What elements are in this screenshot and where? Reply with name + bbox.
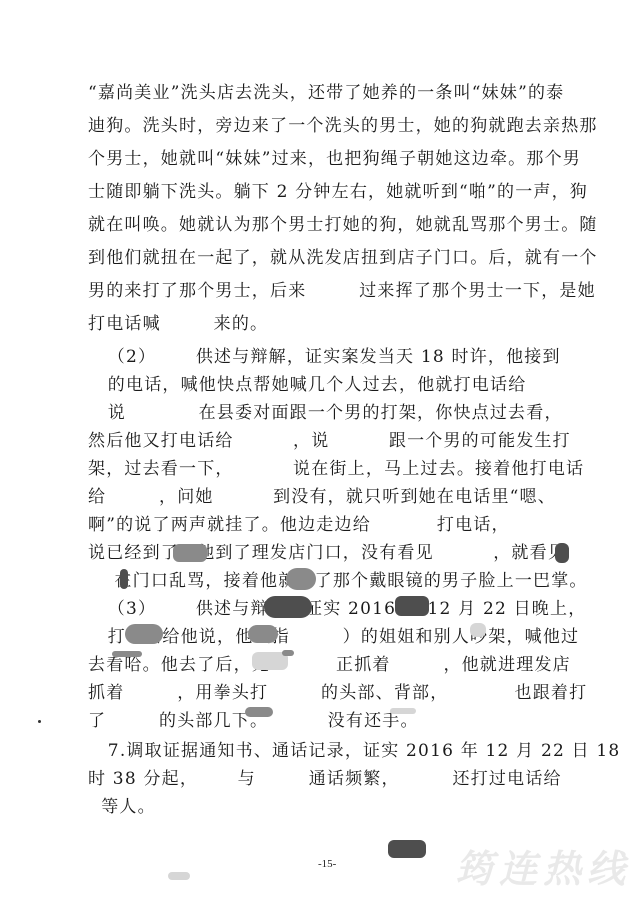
page-number: -15- xyxy=(318,858,336,870)
text-line: 去看哈。他去了后，见 正抓着 ，他就进理发店 xyxy=(88,654,571,676)
text-line: 士随即躺下洗头。躺下 2 分钟左右，她就听到“啪”的一声，狗 xyxy=(88,181,588,203)
redaction-mark xyxy=(555,543,569,563)
text-line: 到他们就扭在一起了，就从洗发店扭到店子门口。后，就有一个 xyxy=(88,247,598,269)
redaction-mark xyxy=(173,544,207,562)
section-2-heading: （2） 供述与辩解，证实案发当天 18 时许，他接到 xyxy=(88,346,561,368)
text-line: “嘉尚美业”洗头店去洗头，还带了她养的一条叫“妹妹”的泰 xyxy=(88,82,564,104)
text-line: 然后他又打电话给 ，说 跟一个男的可能发生打 xyxy=(88,430,571,452)
text-line: 的电话，喊他快点帮她喊几个人过去，他就打电话给 xyxy=(88,374,526,396)
text-line: 架，过去看一下， 说在街上，马上过去。接着他打电话 xyxy=(88,458,584,480)
text-line: 给 ，问她 到没有，就只听到她在电话里“嗯、 xyxy=(88,486,556,508)
text-line: 在门口乱骂，接着他就给了那个戴眼镜的男子脸上一巴掌。 xyxy=(88,570,588,592)
redaction-mark xyxy=(286,568,316,590)
text-line: 啊”的说了两声就挂了。他边走边给 打电话， xyxy=(88,514,510,536)
item-7-heading: 7.调取证据通知书、通话记录，证实 2016 年 12 月 22 日 18 xyxy=(88,740,620,762)
text-line: 男的来打了那个男士，后来 过来挥了那个男士一下，是她 xyxy=(88,280,596,302)
text-line: 个男士，她就叫“妹妹”过来，也把狗绳子朝她这边牵。那个男 xyxy=(88,148,581,170)
document-page: “嘉尚美业”洗头店去洗头，还带了她养的一条叫“妹妹”的泰 迪狗。洗头时，旁边来了… xyxy=(0,0,640,905)
redaction-mark xyxy=(388,840,426,858)
redaction-mark xyxy=(245,707,273,717)
redaction-mark xyxy=(470,623,486,637)
redaction-mark xyxy=(112,651,142,657)
watermark: 筠连热线 xyxy=(455,838,631,893)
text-line: 迪狗。洗头时，旁边来了一个洗头的男士，她的狗就跑去亲热那 xyxy=(88,115,598,137)
redaction-mark xyxy=(264,596,312,618)
text-line: 抓着 ，用拳头打 的头部、背部， 也跟着打 xyxy=(88,682,587,704)
redaction-mark xyxy=(168,872,190,880)
section-3-heading: （3） 供述与辩解，证实 2016 年 12 月 22 日晚上， xyxy=(88,598,586,620)
redaction-mark xyxy=(120,569,128,589)
text-line: 就在叫唤。她就认为那个男士打她的狗，她就乱骂那个男士。随 xyxy=(88,214,598,236)
scan-speck xyxy=(38,720,41,723)
redaction-mark xyxy=(282,650,294,656)
text-line: 时 38 分起， 与 通话频繁， 还打过电话给 xyxy=(88,768,562,790)
text-line: 打电话喊 来的。 xyxy=(88,313,268,335)
redaction-mark xyxy=(248,625,278,643)
text-line: 等人。 xyxy=(88,796,156,818)
text-line: 说 在县委对面跟一个男的打架，你快点过去看， xyxy=(88,402,563,424)
text-line: 说已经到了。他到了理发店门口，没有看见 ，就看见 xyxy=(88,542,566,564)
redaction-mark xyxy=(390,708,416,714)
redaction-mark xyxy=(125,624,163,644)
redaction-mark xyxy=(395,596,429,616)
